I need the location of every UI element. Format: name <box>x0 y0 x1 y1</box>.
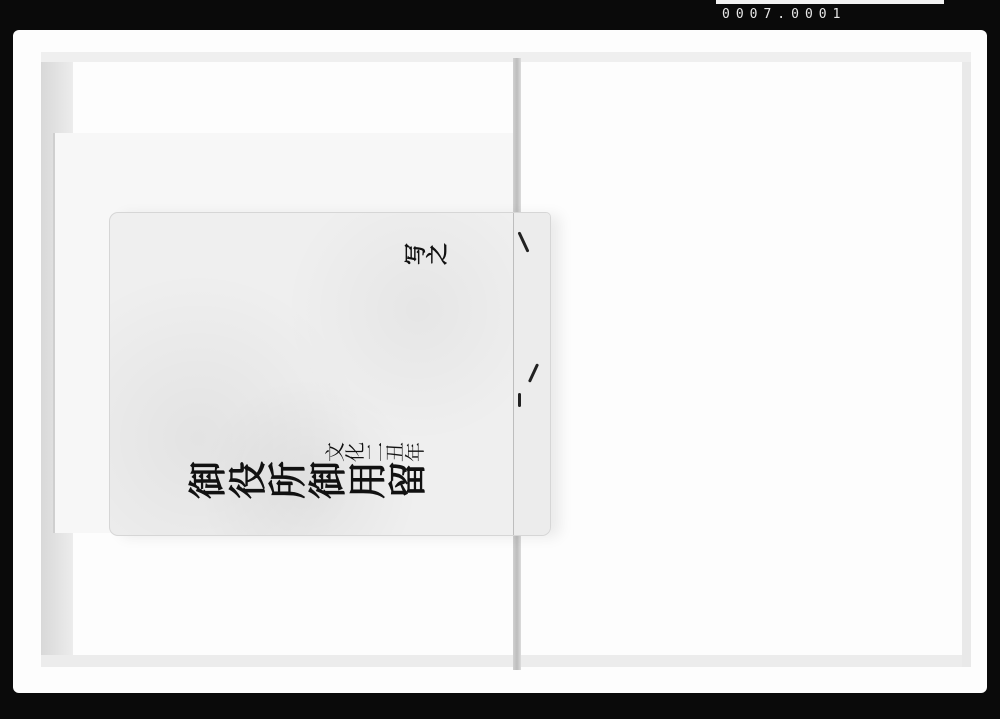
document-date: 文化二丑年 <box>325 439 425 468</box>
document-subtitle: 写之 <box>404 240 448 271</box>
document-cover: 御役所御用留 写之 文化二丑年 <box>110 213 550 535</box>
binding-thread-mark <box>518 393 521 407</box>
binding-strip <box>513 213 550 535</box>
mount-board-top-edge <box>41 52 971 62</box>
frame-number: 0007.0001 <box>722 7 846 22</box>
binding-thread-mark <box>517 231 529 252</box>
binding-thread-mark <box>528 363 539 382</box>
frame-counter-strip <box>716 0 944 4</box>
mount-board-right-edge <box>962 62 971 667</box>
mount-board-bottom-edge <box>41 655 971 667</box>
